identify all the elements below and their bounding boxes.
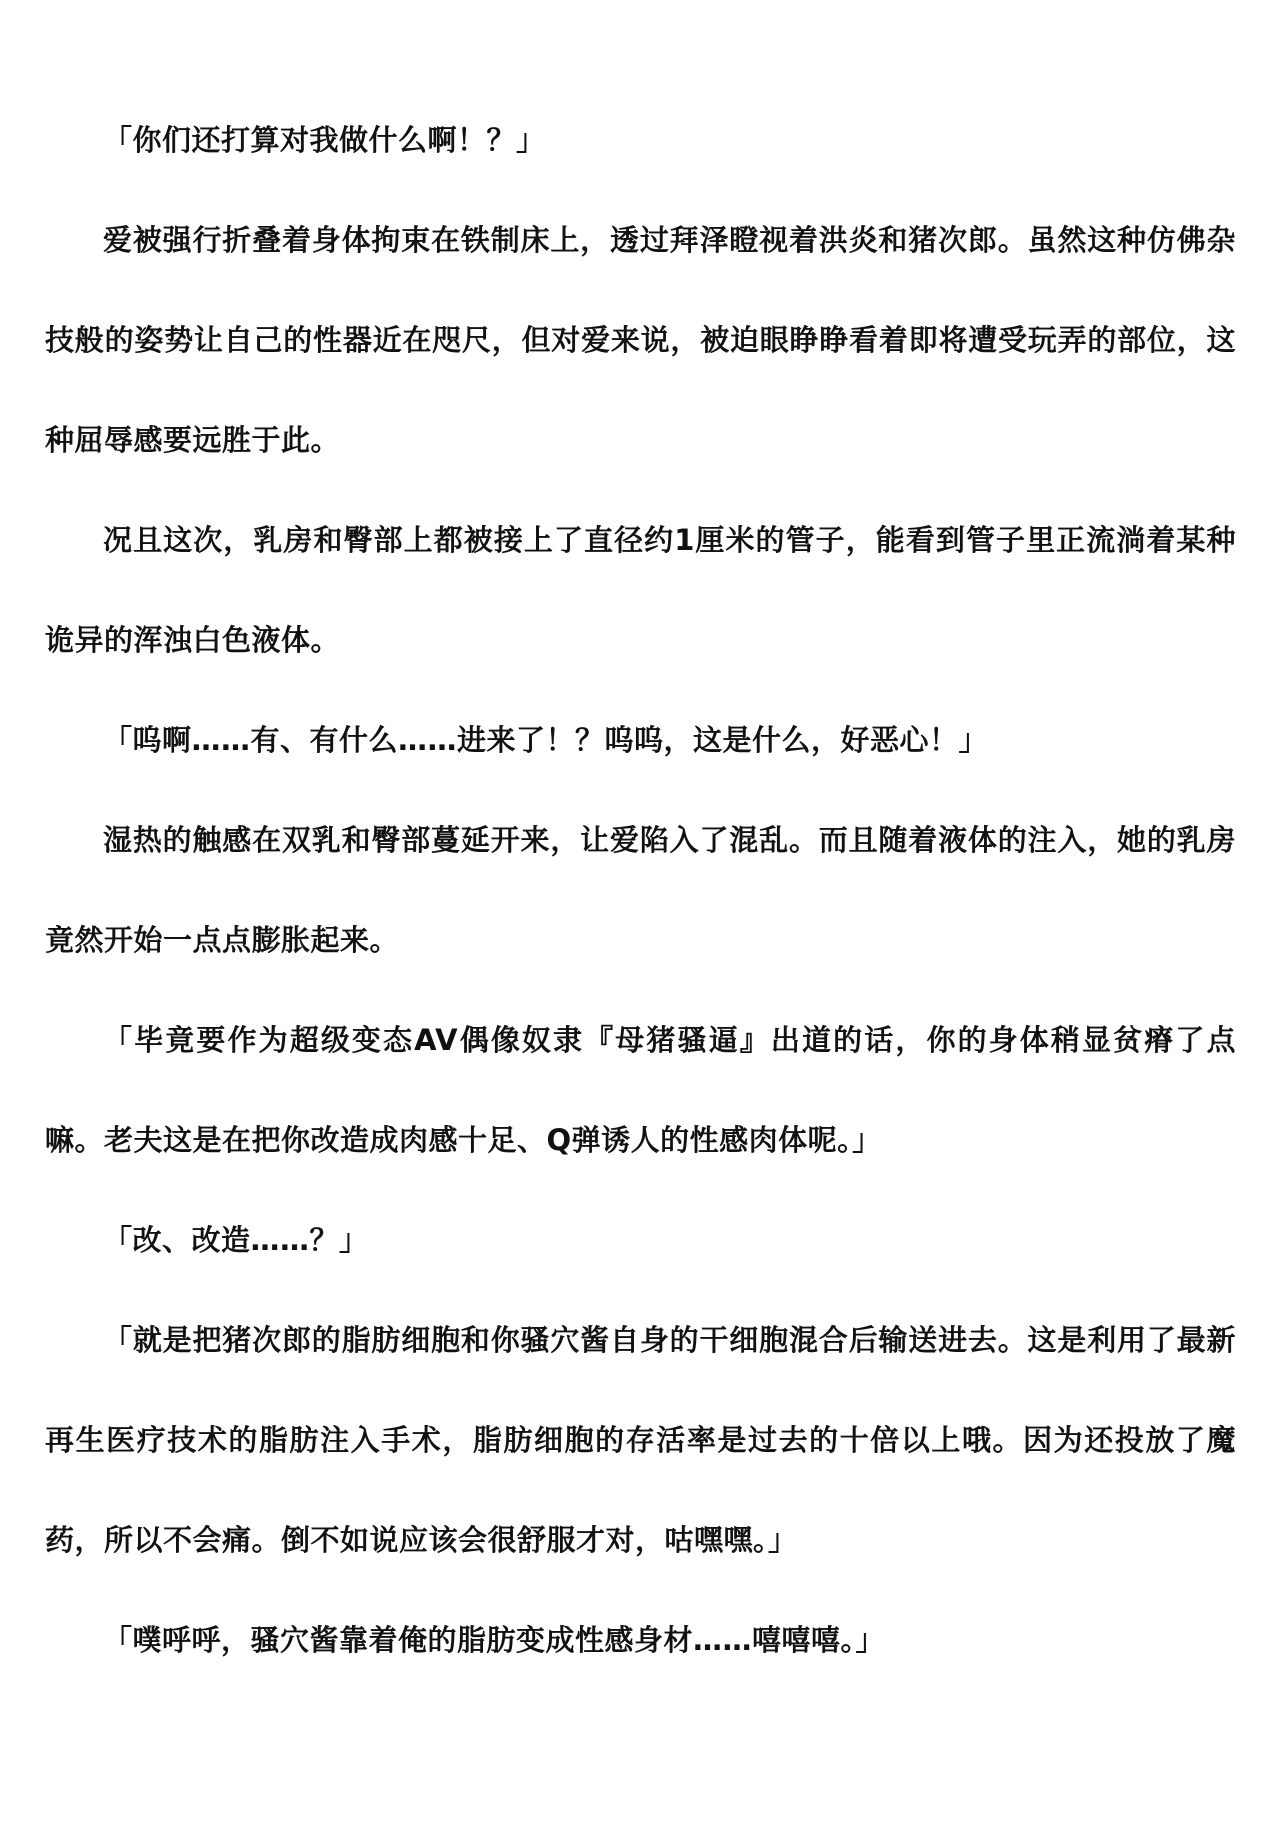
narration-paragraph: 况且这次，乳房和臀部上都被接上了直径约1厘米的管子，能看到管子里正流淌着某种诡异… [45, 490, 1236, 690]
dialogue-paragraph: 「你们还打算对我做什么啊！？」 [45, 90, 1236, 190]
dialogue-paragraph: 「噗呼呼，骚穴酱靠着俺的脂肪变成性感身材……嘻嘻嘻。」 [45, 1590, 1236, 1690]
narration-paragraph: 湿热的触感在双乳和臀部蔓延开来，让爱陷入了混乱。而且随着液体的注入，她的乳房竟然… [45, 790, 1236, 990]
narration-paragraph: 爱被强行折叠着身体拘束在铁制床上，透过拜泽瞪视着洪炎和猪次郎。虽然这种仿佛杂技般… [45, 190, 1236, 490]
dialogue-paragraph: 「改、改造……？」 [45, 1190, 1236, 1290]
dialogue-paragraph: 「就是把猪次郎的脂肪细胞和你骚穴酱自身的干细胞混合后输送进去。这是利用了最新再生… [45, 1290, 1236, 1590]
novel-text-page: 「你们还打算对我做什么啊！？」 爱被强行折叠着身体拘束在铁制床上，透过拜泽瞪视着… [0, 0, 1280, 1843]
dialogue-paragraph: 「呜啊……有、有什么……进来了！？呜呜，这是什么，好恶心！」 [45, 690, 1236, 790]
dialogue-paragraph: 「毕竟要作为超级变态AV偶像奴隶『母猪骚逼』出道的话，你的身体稍显贫瘠了点嘛。老… [45, 990, 1236, 1190]
